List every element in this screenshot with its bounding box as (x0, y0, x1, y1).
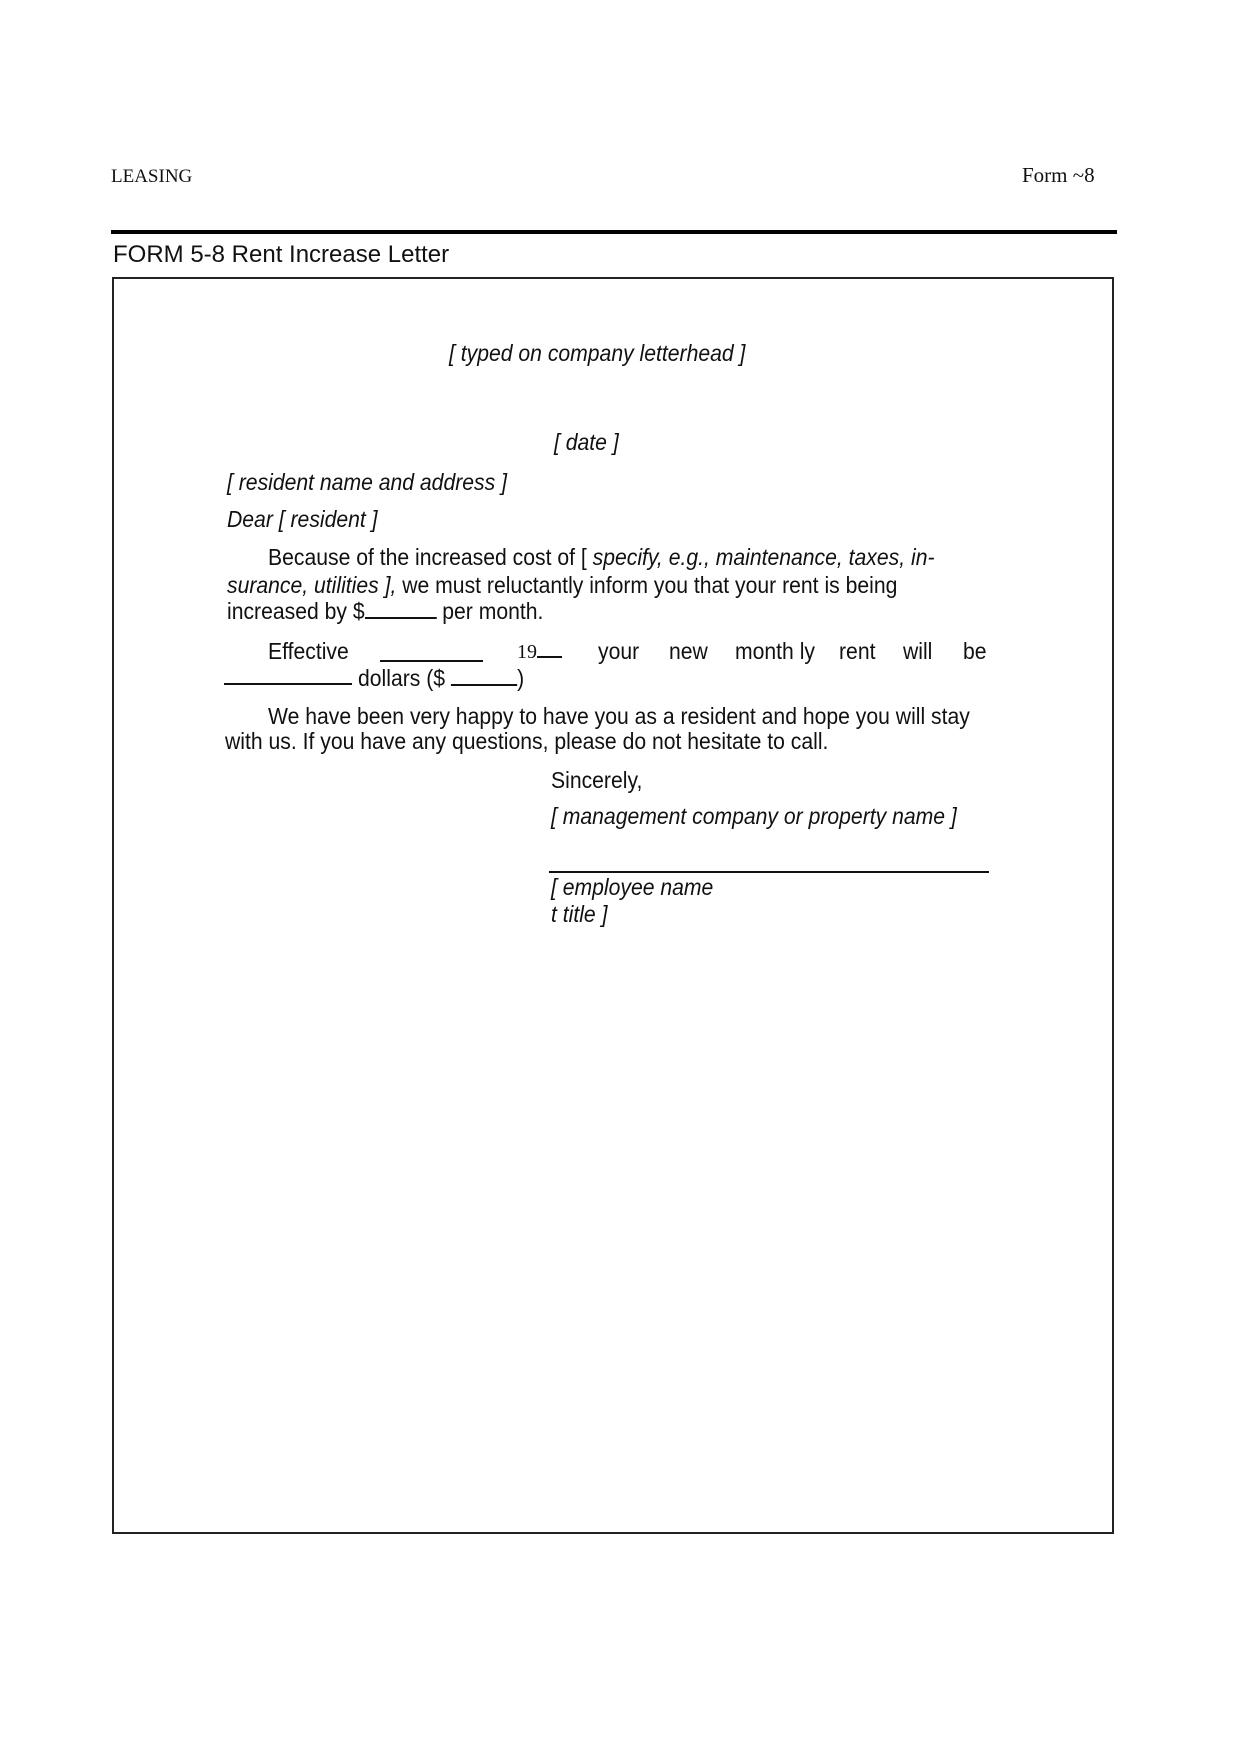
new-rent-amount-blank[interactable] (451, 684, 517, 686)
para3-line1: We have been very happy to have you as a… (268, 703, 970, 730)
effective-date-blank[interactable] (380, 660, 483, 662)
para1-line3: increased by $ per month. (227, 598, 543, 625)
para1-line2: surance, utilities ], we must reluctantl… (227, 572, 897, 599)
word-will: will (903, 638, 932, 665)
employee-title-placeholder: t title ] (551, 901, 607, 928)
form-title: FORM 5-8 Rent Increase Letter (113, 241, 449, 269)
new-rent-words-blank[interactable] (224, 683, 352, 685)
para3-line2: with us. If you have any questions, plea… (225, 728, 828, 755)
para1-line3-text: increased by $ (227, 598, 365, 624)
employee-name-placeholder: [ employee name (551, 874, 713, 901)
company-placeholder: [ management company or property name ] (551, 803, 957, 830)
letterhead-note: [ typed on company letterhead ] (449, 340, 745, 367)
para1-line1-italic: specify, e.g., maintenance, taxes, in- (593, 544, 935, 570)
word-your: your (598, 638, 639, 665)
effective-label: Effective (268, 638, 349, 665)
para1-line2-italic: surance, utilities ], (227, 572, 396, 598)
para1-line2-text: we must reluctantly inform you that your… (402, 572, 897, 598)
running-header-form-ref: Form ~8 (1022, 163, 1095, 188)
increase-amount-blank[interactable] (365, 617, 437, 619)
running-header-section: LEASING (111, 166, 192, 188)
signature-line[interactable] (549, 871, 989, 873)
closing: Sincerely, (551, 767, 642, 794)
year-blank[interactable] (537, 656, 562, 658)
letter-frame (112, 277, 1114, 1534)
year-text: 19 (517, 641, 537, 663)
close-paren: ) (517, 665, 524, 691)
dollars-label: dollars ($ (358, 665, 445, 691)
para1-line3-post: per month. (442, 598, 543, 624)
recipient-placeholder: [ resident name and address ] (227, 469, 507, 496)
year-prefix: 19 (517, 641, 562, 664)
para1-line1: Because of the increased cost of [ speci… (268, 544, 935, 571)
word-monthly: month ly (735, 638, 815, 665)
para1-line1-text: Because of the increased cost of [ (268, 544, 587, 570)
word-new: new (669, 638, 708, 665)
date-placeholder: [ date ] (554, 429, 619, 456)
word-be: be (963, 638, 987, 665)
header-rule (111, 230, 1117, 234)
para2-line2: dollars ($ ) (358, 665, 524, 692)
word-rent: rent (839, 638, 875, 665)
salutation: Dear [ resident ] (227, 506, 378, 533)
